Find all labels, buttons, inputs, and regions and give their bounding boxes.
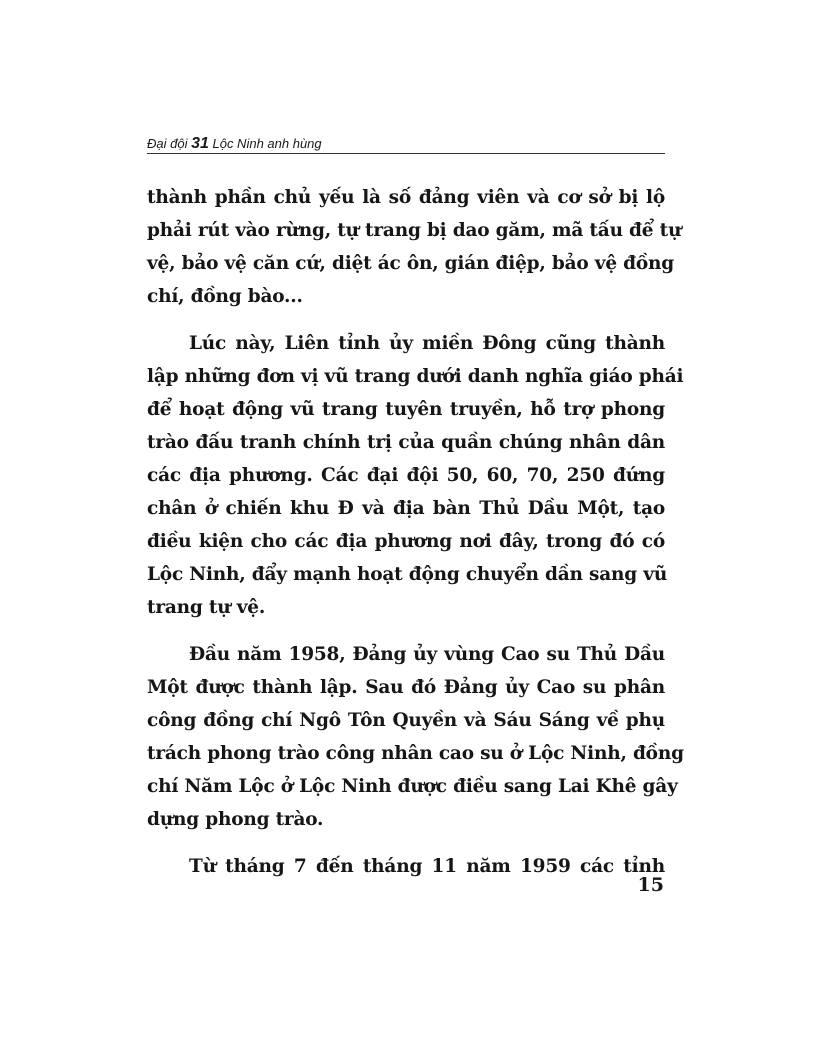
text-line: Lộc Ninh, đẩy mạnh hoạt động chuyển dần … <box>147 558 665 591</box>
text-line: trang tự vệ. <box>147 591 665 624</box>
text-line: các địa phương. Các đại đội 50, 60, 70, … <box>147 459 665 492</box>
paragraph-3: Đầu năm 1958, Đảng ủy vùng Cao su Thủ Dầ… <box>147 638 665 836</box>
text-line: chí, đồng bào... <box>147 280 665 313</box>
text-line: vệ, bảo vệ căn cứ, diệt ác ôn, gián điệp… <box>147 247 665 280</box>
paragraph-2: Lúc này, Liên tỉnh ủy miền Đông cũng thà… <box>147 327 665 624</box>
text-line: lập những đơn vị vũ trang dưới danh nghĩ… <box>147 360 665 393</box>
text-line: phải rút vào rừng, tự trang bị dao găm, … <box>147 214 665 247</box>
text-line: Từ tháng 7 đến tháng 11 năm 1959 các tỉn… <box>147 850 665 883</box>
body-text: thành phần chủ yếu là số đảng viên và cơ… <box>147 181 665 883</box>
text-line: chân ở chiến khu Đ và địa bàn Thủ Dầu Mộ… <box>147 492 665 525</box>
text-line: Lúc này, Liên tỉnh ủy miền Đông cũng thà… <box>147 327 665 360</box>
running-header: Đại đội 31 Lộc Ninh anh hùng <box>147 133 665 154</box>
text-line: để hoạt động vũ trang tuyên truyền, hỗ t… <box>147 393 665 426</box>
text-line: trách phong trào công nhân cao su ở Lộc … <box>147 737 665 770</box>
text-line: chí Năm Lộc ở Lộc Ninh được điều sang La… <box>147 770 665 803</box>
header-title: Đại đội 31 Lộc Ninh anh hùng <box>147 136 322 151</box>
paragraph-1: thành phần chủ yếu là số đảng viên và cơ… <box>147 181 665 313</box>
page-number: 15 <box>638 874 664 896</box>
text-line: thành phần chủ yếu là số đảng viên và cơ… <box>147 181 665 214</box>
text-line: công đồng chí Ngô Tôn Quyền và Sáu Sáng … <box>147 704 665 737</box>
text-line: Một được thành lập. Sau đó Đảng ủy Cao s… <box>147 671 665 704</box>
text-line: dựng phong trào. <box>147 803 665 836</box>
text-line: trào đấu tranh chính trị của quần chúng … <box>147 426 665 459</box>
text-line: điều kiện cho các địa phương nơi đây, tr… <box>147 525 665 558</box>
paragraph-4: Từ tháng 7 đến tháng 11 năm 1959 các tỉn… <box>147 850 665 883</box>
text-line: Đầu năm 1958, Đảng ủy vùng Cao su Thủ Dầ… <box>147 638 665 671</box>
